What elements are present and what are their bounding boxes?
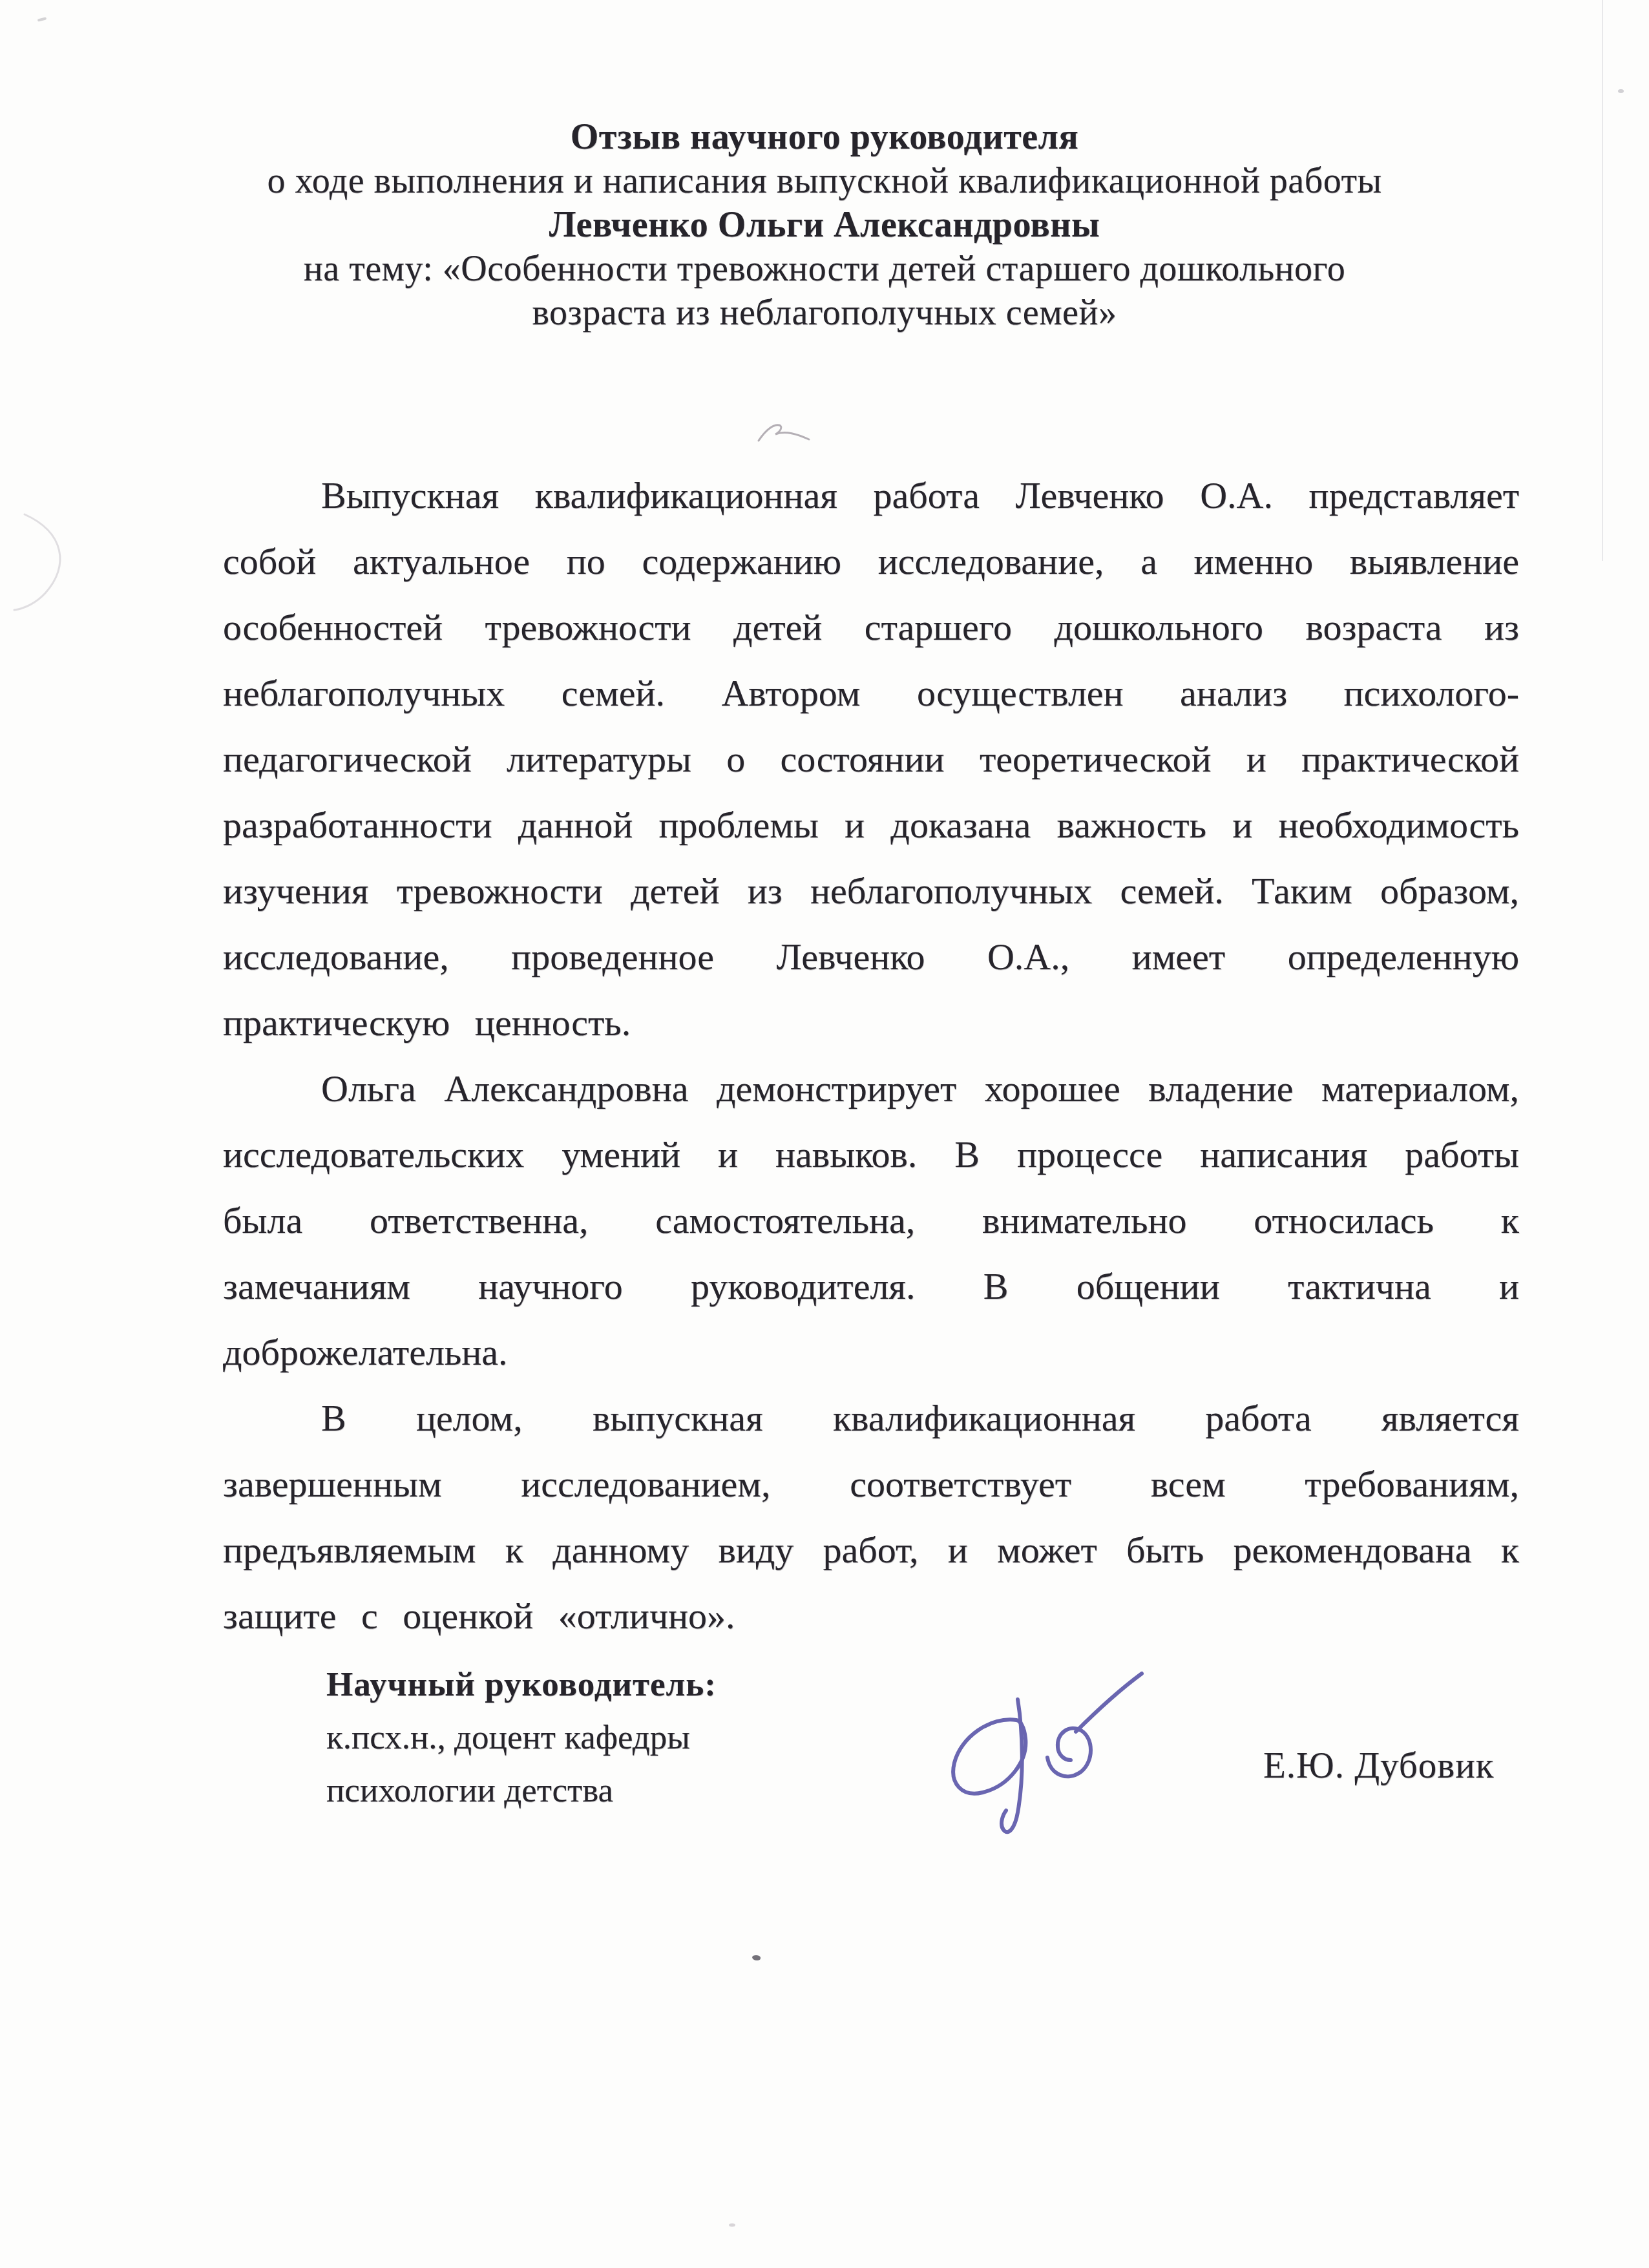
student-name-line: Левченко Ольги Александровны	[178, 203, 1471, 247]
handwritten-signature-icon	[921, 1661, 1153, 1854]
document-title: Отзыв научного руководителя	[178, 115, 1471, 159]
scan-speck-artifact	[1618, 89, 1624, 93]
thesis-topic-line-2: возраста из неблагополучных семей»	[178, 291, 1471, 335]
scan-flick-artifact	[755, 419, 813, 451]
scan-speck-artifact	[37, 17, 47, 21]
document-header: Отзыв научного руководителя о ходе выпол…	[178, 115, 1471, 335]
thesis-topic-line-1: на тему: «Особенности тревожности детей …	[178, 247, 1471, 291]
supervisor-degree-line-1: к.псх.н., доцент кафедры	[326, 1711, 972, 1764]
scan-curve-artifact	[5, 510, 83, 614]
document-subtitle: о ходе выполнения и написания выпускной …	[178, 159, 1471, 203]
signature-block: Научный руководитель: к.псх.н., доцент к…	[326, 1658, 972, 1817]
body-paragraph-3: В целом, выпускная квалификационная рабо…	[223, 1385, 1519, 1649]
document-body: Выпускная квалификационная работа Левчен…	[223, 463, 1519, 1649]
supervisor-name: Е.Ю. Дубовик	[1263, 1745, 1494, 1787]
scan-streak-artifact	[1602, 0, 1603, 561]
scan-speck-artifact	[729, 2223, 735, 2227]
body-paragraph-1: Выпускная квалификационная работа Левчен…	[223, 463, 1519, 1056]
document-page: Отзыв научного руководителя о ходе выпол…	[0, 0, 1649, 2268]
supervisor-degree-line-2: психологии детства	[326, 1764, 972, 1817]
scan-speck-artifact	[751, 1955, 761, 1961]
body-paragraph-2: Ольга Александровна демонстрирует хороше…	[223, 1056, 1519, 1385]
supervisor-role-label: Научный руководитель:	[326, 1658, 972, 1711]
